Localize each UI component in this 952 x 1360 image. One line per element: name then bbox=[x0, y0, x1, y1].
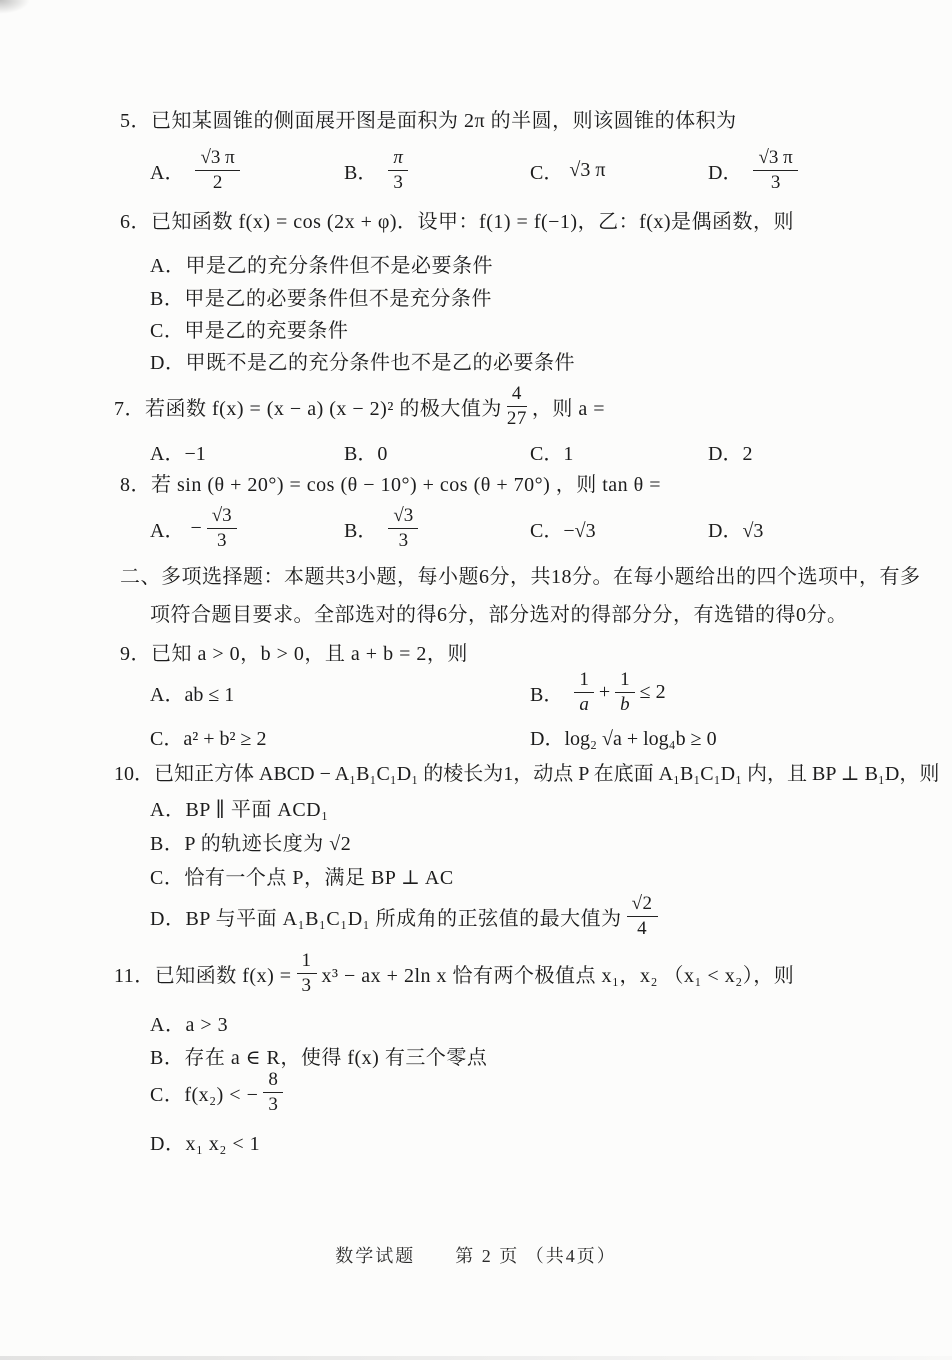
fraction-denominator: b bbox=[620, 693, 630, 715]
fraction-denominator: 3 bbox=[771, 171, 781, 193]
q10-option-d: D．BP 与平面 A₁B₁C₁D₁ 所成角的正弦值的最大值为 √2 4 bbox=[150, 886, 663, 946]
q11-stem: 11．已知函数 f(x) = 1 3 x³ − ax + 2ln x 恰有两个极… bbox=[114, 942, 794, 1004]
q5-option-b-fraction: π 3 bbox=[388, 147, 408, 193]
q9-option-b-label: B． bbox=[530, 678, 563, 707]
q8-options-row: A． − √3 3 B． √3 3 C．−√3 D．√3 bbox=[0, 496, 952, 560]
q11-stem-pre: 11．已知函数 f(x) = bbox=[114, 959, 292, 988]
q5-option-b: B． π 3 bbox=[344, 138, 413, 202]
fraction-denominator: 3 bbox=[268, 1093, 278, 1115]
exam-page: 5．已知某圆锥的侧面展开图是面积为 2π 的半圆，则该圆锥的体积为 A． √3 … bbox=[0, 0, 952, 1360]
q7-stem-post: ，则 a = bbox=[532, 392, 605, 421]
q11-stem-fraction: 1 3 bbox=[297, 950, 317, 996]
q11-option-c-fraction: 8 3 bbox=[263, 1069, 283, 1115]
q5-option-c: C． √3 π bbox=[530, 138, 605, 202]
q8-option-a-label: A． bbox=[150, 514, 184, 543]
fraction-numerator: 1 bbox=[615, 669, 635, 692]
q6-stem: 6．已知函数 f(x) = cos (2x + φ)．设甲：f(1) = f(−… bbox=[120, 205, 794, 234]
q5-option-a: A． √3 π 2 bbox=[150, 138, 245, 202]
q9-option-b-fraction1: 1 a bbox=[574, 669, 594, 715]
q5-option-b-label: B． bbox=[344, 156, 377, 185]
q7-options-row: A．−1 B．0 C．1 D．2 bbox=[0, 437, 952, 465]
q8-option-c: C．−√3 bbox=[530, 496, 596, 560]
q5-option-d-label: D． bbox=[708, 156, 742, 185]
q5-option-d: D． √3 π 3 bbox=[708, 138, 803, 202]
q10-option-d-fraction: √2 4 bbox=[627, 893, 658, 939]
fraction-denominator: 3 bbox=[217, 529, 227, 551]
q7-option-b: B．0 bbox=[344, 437, 387, 465]
q10-stem: 10．已知正方体 ABCD − A₁B₁C₁D₁ 的棱长为1，动点 P 在底面 … bbox=[114, 757, 939, 786]
minus-sign: − bbox=[190, 517, 201, 540]
q8-option-a: A． − √3 3 bbox=[150, 496, 242, 560]
fraction-numerator: √3 π bbox=[753, 147, 797, 170]
section2-header-line2: 项符合题目要求。全部选对的得6分，部分选对的得部分分，有选错的得0分。 bbox=[150, 598, 848, 627]
q11-stem-post: x³ − ax + 2ln x 恰有两个极值点 x₁，x₂ （x₁ < x₂），… bbox=[322, 959, 795, 988]
fraction-numerator: 4 bbox=[507, 383, 527, 406]
fraction-numerator: √3 bbox=[207, 505, 237, 528]
fraction-numerator: 8 bbox=[263, 1069, 283, 1092]
scan-edge-shadow bbox=[0, 1356, 952, 1360]
fraction-denominator: 3 bbox=[393, 171, 403, 193]
q5-option-a-fraction: √3 π 2 bbox=[195, 147, 239, 193]
q7-option-a: A．−1 bbox=[150, 437, 206, 465]
q10-option-d-text: D．BP 与平面 A₁B₁C₁D₁ 所成角的正弦值的最大值为 bbox=[150, 902, 622, 931]
q5-option-c-label: C． bbox=[530, 156, 563, 185]
q7-stem-fraction: 4 27 bbox=[507, 383, 527, 429]
q5-option-a-label: A． bbox=[150, 156, 184, 185]
q7-option-c: C．1 bbox=[530, 437, 573, 465]
fraction-numerator: √3 π bbox=[195, 147, 239, 170]
q7-stem: 7．若函数 f(x) = (x − a) (x − 2)² 的极大值为 4 27… bbox=[114, 376, 605, 436]
q7-stem-pre: 7．若函数 f(x) = (x − a) (x − 2)² 的极大值为 bbox=[114, 392, 502, 421]
fraction-denominator: a bbox=[579, 693, 589, 715]
q6-option-c: C．甲是乙的充要条件 bbox=[150, 314, 348, 343]
q10-option-b: B．P 的轨迹长度为 √2 bbox=[150, 827, 351, 856]
q6-option-d: D．甲既不是乙的充分条件也不是乙的必要条件 bbox=[150, 346, 575, 375]
page-footer: 数学试题 第 2 页 （共4页） bbox=[0, 1242, 952, 1268]
q8-option-d: D．√3 bbox=[708, 496, 763, 560]
q7-option-d: D．2 bbox=[708, 437, 752, 465]
q6-option-a: A．甲是乙的充分条件但不是必要条件 bbox=[150, 249, 493, 278]
fraction-numerator: π bbox=[388, 147, 408, 170]
q8-option-b-label: B． bbox=[344, 514, 377, 543]
section2-header-line1: 二、多项选择题：本题共3小题，每小题6分，共18分。在每小题给出的四个选项中，有… bbox=[120, 560, 921, 589]
q9-option-b-fraction2: 1 b bbox=[615, 669, 635, 715]
fraction-denominator: 4 bbox=[637, 917, 647, 939]
q9-option-d: D．log₂ √a + log₄b ≥ 0 bbox=[530, 713, 717, 759]
fraction-numerator: √2 bbox=[627, 893, 658, 916]
fraction-denominator: 2 bbox=[213, 171, 223, 193]
q11-option-c-text: C．f(x₂) < − bbox=[150, 1078, 258, 1107]
q11-option-c: C．f(x₂) < − 8 3 bbox=[150, 1062, 288, 1122]
fraction-numerator: √3 bbox=[388, 505, 418, 528]
q9-option-c: C．a² + b² ≥ 2 bbox=[150, 713, 266, 759]
q5-option-c-value: √3 π bbox=[569, 159, 605, 182]
q8-option-b: B． √3 3 bbox=[344, 496, 423, 560]
fraction-numerator: 1 bbox=[574, 669, 594, 692]
q11-option-a: A．a > 3 bbox=[150, 1008, 228, 1037]
scan-smudge bbox=[0, 0, 30, 14]
q9-options-row2: C．a² + b² ≥ 2 D．log₂ √a + log₄b ≥ 0 bbox=[0, 713, 952, 759]
fraction-denominator: 3 bbox=[302, 974, 312, 996]
q10-option-a: A．BP ∥ 平面 ACD₁ bbox=[150, 793, 329, 822]
fraction-numerator: 1 bbox=[297, 950, 317, 973]
q5-options-row: A． √3 π 2 B． π 3 C． √3 π D． √3 π 3 bbox=[0, 138, 952, 202]
q8-option-b-fraction: √3 3 bbox=[388, 505, 418, 551]
q8-stem: 8．若 sin (θ + 20°) = cos (θ − 10°) + cos … bbox=[120, 468, 661, 497]
fraction-denominator: 27 bbox=[507, 407, 527, 429]
plus-sign: + bbox=[599, 681, 610, 704]
q6-option-b: B．甲是乙的必要条件但不是充分条件 bbox=[150, 282, 492, 311]
q8-option-a-fraction: √3 3 bbox=[207, 505, 237, 551]
q9-option-b-tail: ≤ 2 bbox=[640, 681, 666, 704]
q5-stem: 5．已知某圆锥的侧面展开图是面积为 2π 的半圆，则该圆锥的体积为 bbox=[120, 104, 737, 133]
q11-option-d: D．x₁ x₂ < 1 bbox=[150, 1127, 260, 1156]
q5-option-d-fraction: √3 π 3 bbox=[753, 147, 797, 193]
fraction-denominator: 3 bbox=[399, 529, 409, 551]
